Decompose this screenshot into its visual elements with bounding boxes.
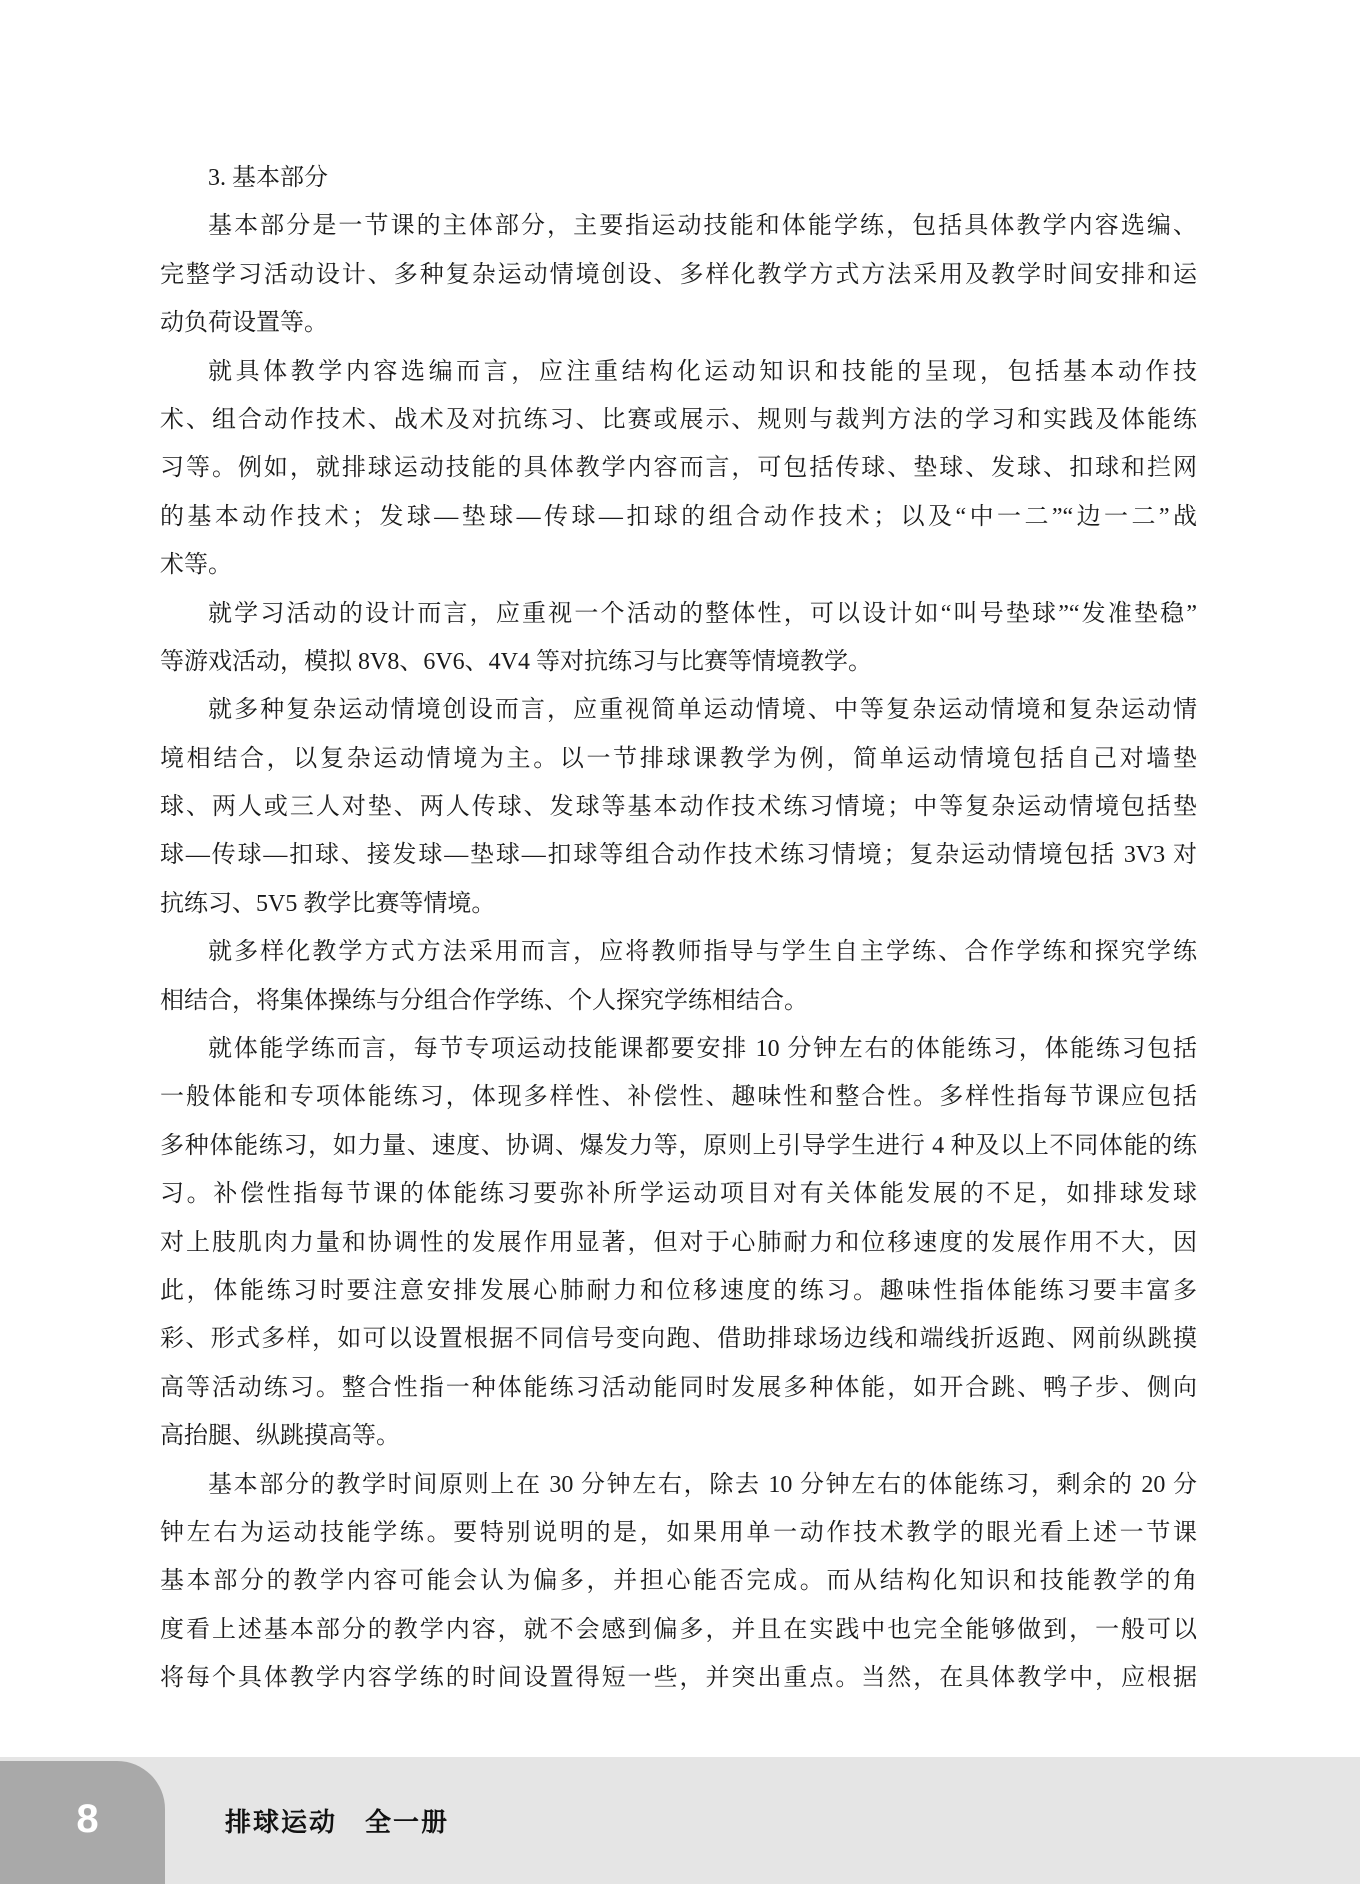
text-line: 彩、形式多样，如可以设置根据不同信号变向跑、借助排球场边线和端线折返跑、网前纵跳… <box>160 1315 1197 1363</box>
text-line: 将每个具体教学内容学练的时间设置得短一些，并突出重点。当然，在具体教学中，应根据 <box>160 1654 1197 1702</box>
text-line: 球、两人或三人对垫、两人传球、发球等基本动作技术练习情境；中等复杂运动情境包括垫 <box>160 783 1197 831</box>
text-line: 多种体能练习，如力量、速度、协调、爆发力等，原则上引导学生进行 4 种及以上不同… <box>160 1122 1197 1170</box>
text-line: 术等。 <box>160 541 1197 589</box>
text-line: 钟左右为运动技能学练。要特别说明的是，如果用单一动作技术教学的眼光看上述一节课 <box>160 1509 1197 1557</box>
section-heading: 3. 基本部分 <box>160 154 1197 202</box>
text-line: 就多种复杂运动情境创设而言，应重视简单运动情境、中等复杂运动情境和复杂运动情 <box>160 686 1197 734</box>
text-line: 就体能学练而言，每节专项运动技能课都要安排 10 分钟左右的体能练习，体能练习包… <box>160 1025 1197 1073</box>
text-line: 习等。例如，就排球运动技能的具体教学内容而言，可包括传球、垫球、发球、扣球和拦网 <box>160 444 1197 492</box>
text-line: 就学习活动的设计而言，应重视一个活动的整体性，可以设计如“叫号垫球”“发准垫稳” <box>160 590 1197 638</box>
text-line: 术、组合动作技术、战术及对抗练习、比赛或展示、规则与裁判方法的学习和实践及体能练 <box>160 396 1197 444</box>
text-line: 等游戏活动，模拟 8V8、6V6、4V4 等对抗练习与比赛等情境教学。 <box>160 638 1197 686</box>
text-line: 对上肢肌肉力量和协调性的发展作用显著，但对于心肺耐力和位移速度的发展作用不大，因 <box>160 1219 1197 1267</box>
text-line: 基本部分的教学时间原则上在 30 分钟左右，除去 10 分钟左右的体能练习，剩余… <box>160 1461 1197 1509</box>
footer-book-title: 排球运动 全一册 <box>225 1757 449 1884</box>
text-line: 高等活动练习。整合性指一种体能练习活动能同时发展多种体能，如开合跳、鸭子步、侧向 <box>160 1364 1197 1412</box>
text-line: 相结合，将集体操练与分组合作学练、个人探究学练相结合。 <box>160 977 1197 1025</box>
text-line: 完整学习活动设计、多种复杂运动情境创设、多样化教学方式方法采用及教学时间安排和运 <box>160 251 1197 299</box>
text-line: 基本部分是一节课的主体部分，主要指运动技能和体能学练，包括具体教学内容选编、 <box>160 202 1197 250</box>
text-line: 一般体能和专项体能练习，体现多样性、补偿性、趣味性和整合性。多样性指每节课应包括 <box>160 1073 1197 1121</box>
page-body-text: 3. 基本部分基本部分是一节课的主体部分，主要指运动技能和体能学练，包括具体教学… <box>160 154 1197 1703</box>
text-line: 境相结合，以复杂运动情境为主。以一节排球课教学为例，简单运动情境包括自己对墙垫 <box>160 735 1197 783</box>
page-number: 8 <box>66 1797 98 1848</box>
text-line: 度看上述基本部分的教学内容，就不会感到偏多，并且在实践中也完全能够做到，一般可以 <box>160 1606 1197 1654</box>
text-line: 就具体教学内容选编而言，应注重结构化运动知识和技能的呈现，包括基本动作技 <box>160 348 1197 396</box>
text-line: 就多样化教学方式方法采用而言，应将教师指导与学生自主学练、合作学练和探究学练 <box>160 928 1197 976</box>
text-line: 习。补偿性指每节课的体能练习要弥补所学运动项目对有关体能发展的不足，如排球发球 <box>160 1170 1197 1218</box>
page-number-tab: 8 <box>0 1761 165 1884</box>
text-line: 高抬腿、纵跳摸高等。 <box>160 1412 1197 1460</box>
text-line: 抗练习、5V5 教学比赛等情境。 <box>160 880 1197 928</box>
text-line: 此，体能练习时要注意安排发展心肺耐力和位移速度的练习。趣味性指体能练习要丰富多 <box>160 1267 1197 1315</box>
text-line: 球—传球—扣球、接发球—垫球—扣球等组合动作技术练习情境；复杂运动情境包括 3V… <box>160 831 1197 879</box>
footer-bar <box>0 1757 1360 1884</box>
text-line: 动负荷设置等。 <box>160 299 1197 347</box>
text-line: 基本部分的教学内容可能会认为偏多，并担心能否完成。而从结构化知识和技能教学的角 <box>160 1557 1197 1605</box>
text-line: 的基本动作技术；发球—垫球—传球—扣球的组合动作技术；以及“中一二”“边一二”战 <box>160 493 1197 541</box>
